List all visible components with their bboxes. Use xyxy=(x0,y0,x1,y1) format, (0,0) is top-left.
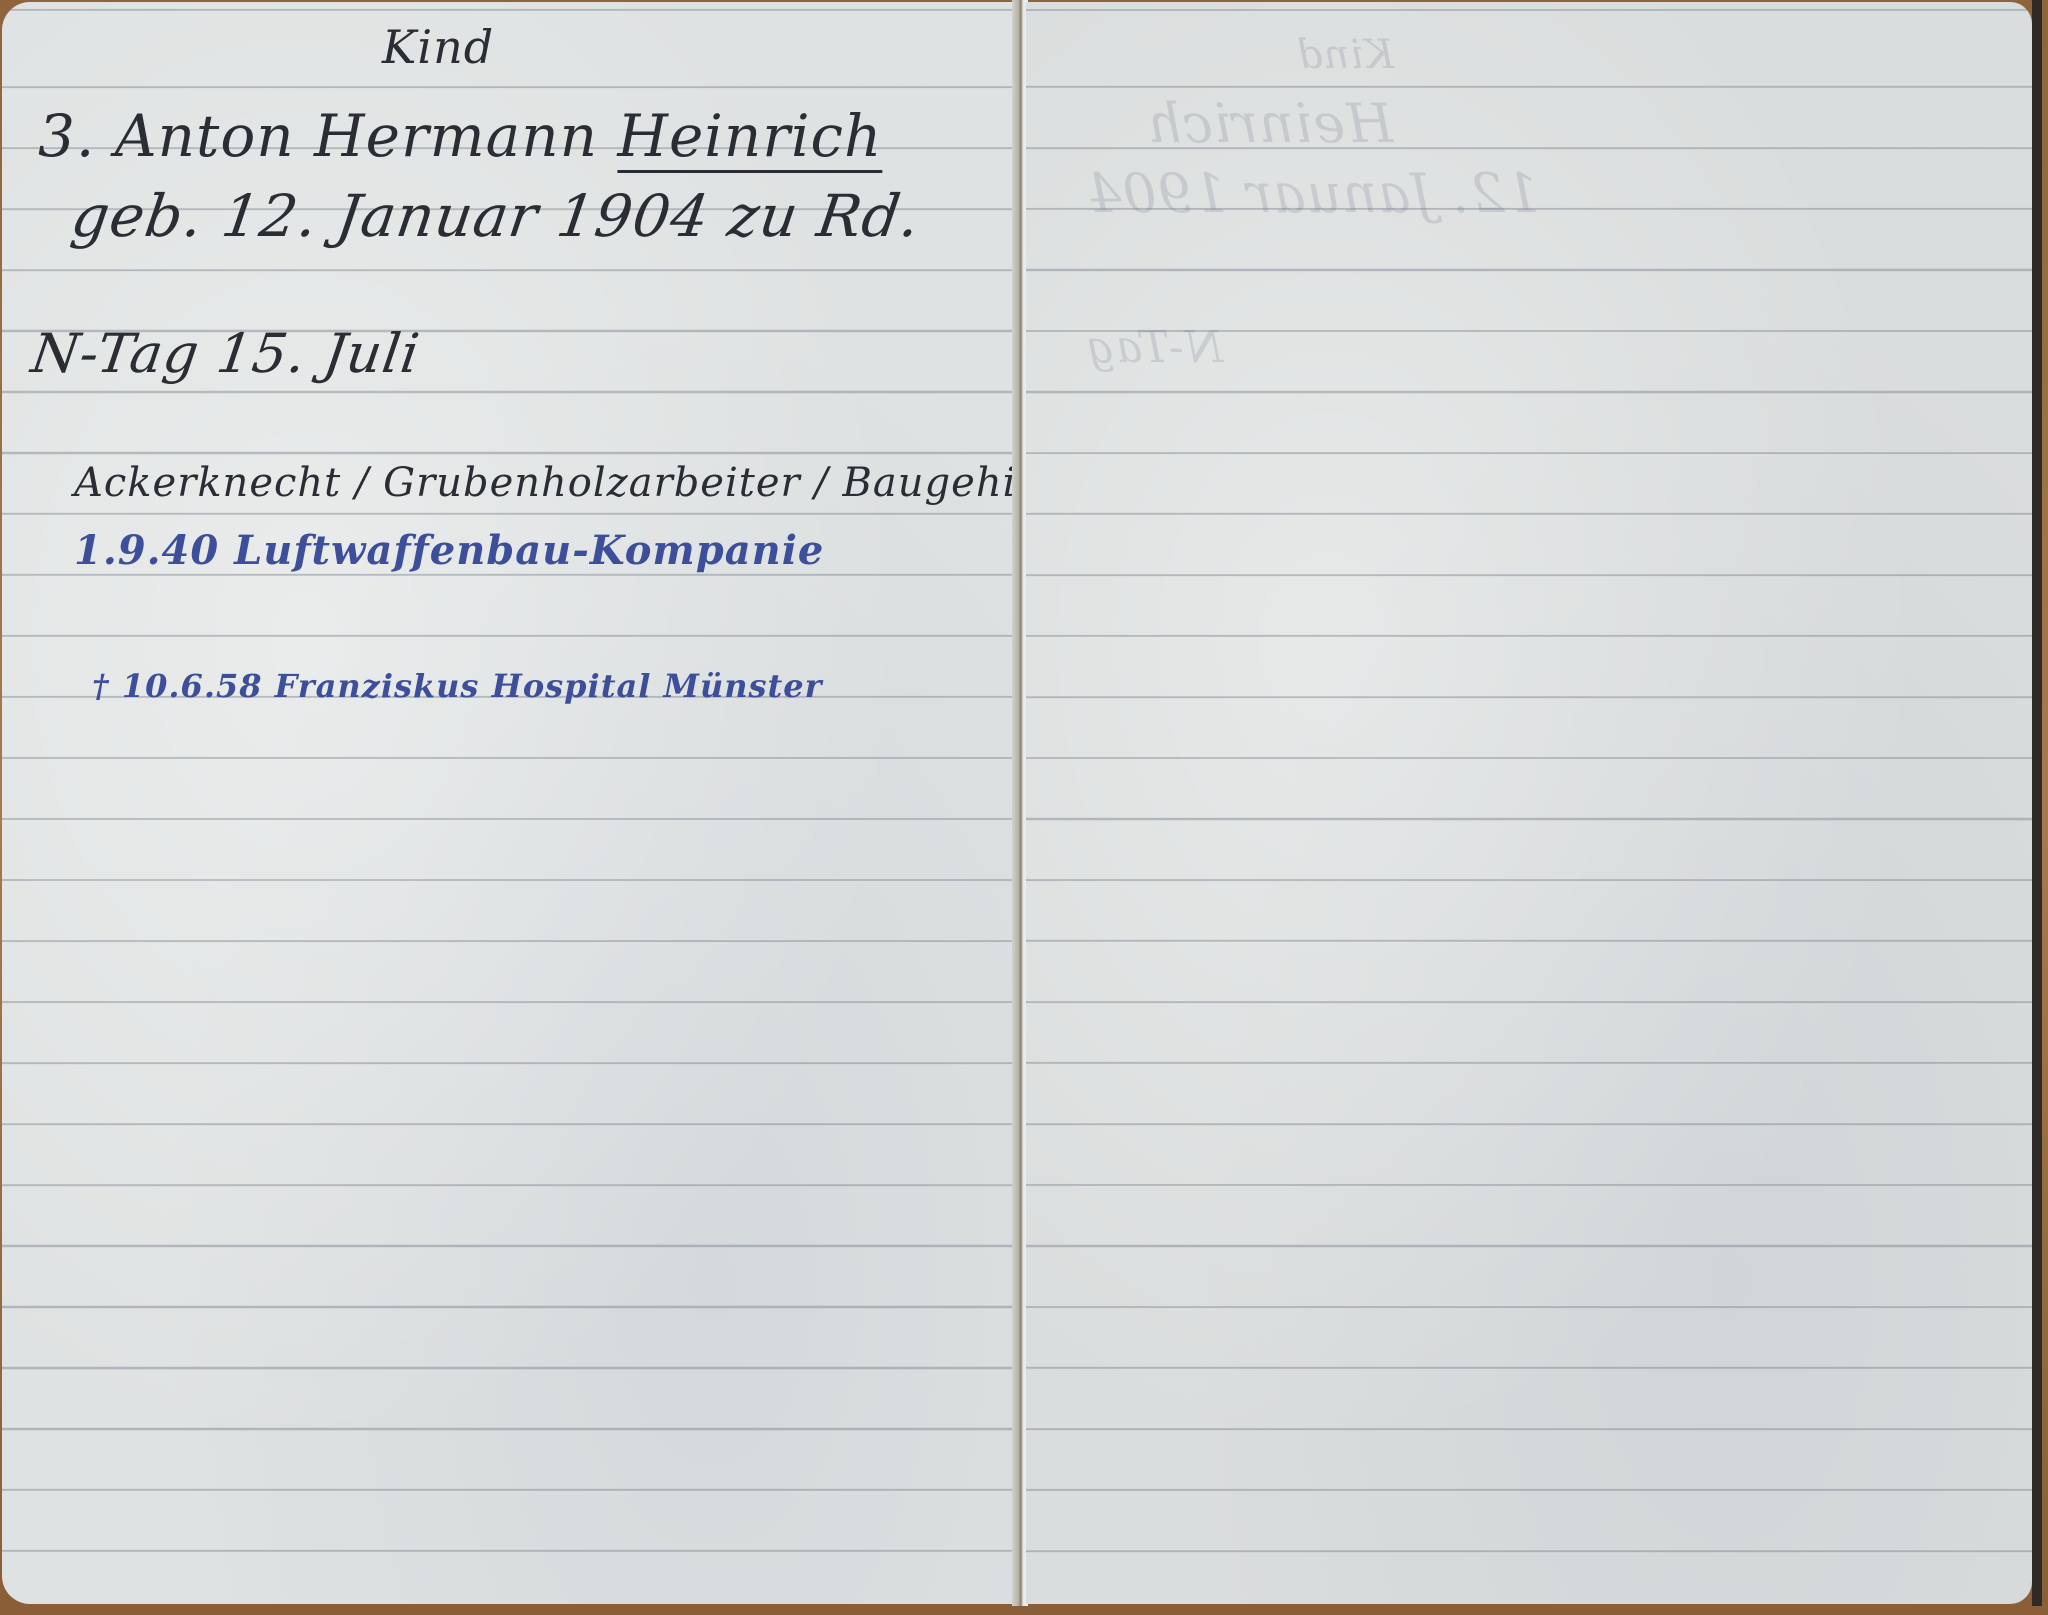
military-service-line: 1.9.40 Luftwaffenbau-Kompanie xyxy=(74,527,824,574)
birth-line: geb. 12. Januar 1904 zu Rd. xyxy=(67,182,925,250)
bleedthrough-text: Kind xyxy=(1296,32,1394,78)
call-name-underlined: Heinrich xyxy=(617,102,882,170)
open-notebook: Kind 3. Anton Hermann Heinrich geb. 12. … xyxy=(0,0,2040,1606)
death-line: † 10.6.58 Franziskus Hospital Münster xyxy=(92,667,822,705)
given-names: Anton Hermann xyxy=(115,102,598,170)
entry-number: 3. xyxy=(38,102,95,170)
cover-edge xyxy=(2032,0,2042,1606)
bleedthrough-text: Heinrich xyxy=(1146,92,1393,155)
ruled-lines xyxy=(1026,2,2032,1604)
child-name-line: 3. Anton Hermann Heinrich xyxy=(38,102,882,170)
bleedthrough-text: N-Tag xyxy=(1086,322,1223,373)
name-day-line: N-Tag 15. Juli xyxy=(28,322,424,385)
occupation-line: Ackerknecht / Grubenholzarbeiter / Bauge… xyxy=(74,460,1018,506)
right-page: Kind Heinrich 12. Januar 1904 N-Tag xyxy=(1026,2,2032,1604)
page-heading: Kind xyxy=(382,20,494,74)
bleedthrough-text: 12. Januar 1904 xyxy=(1086,162,1540,225)
left-page: Kind 3. Anton Hermann Heinrich geb. 12. … xyxy=(2,2,1018,1604)
